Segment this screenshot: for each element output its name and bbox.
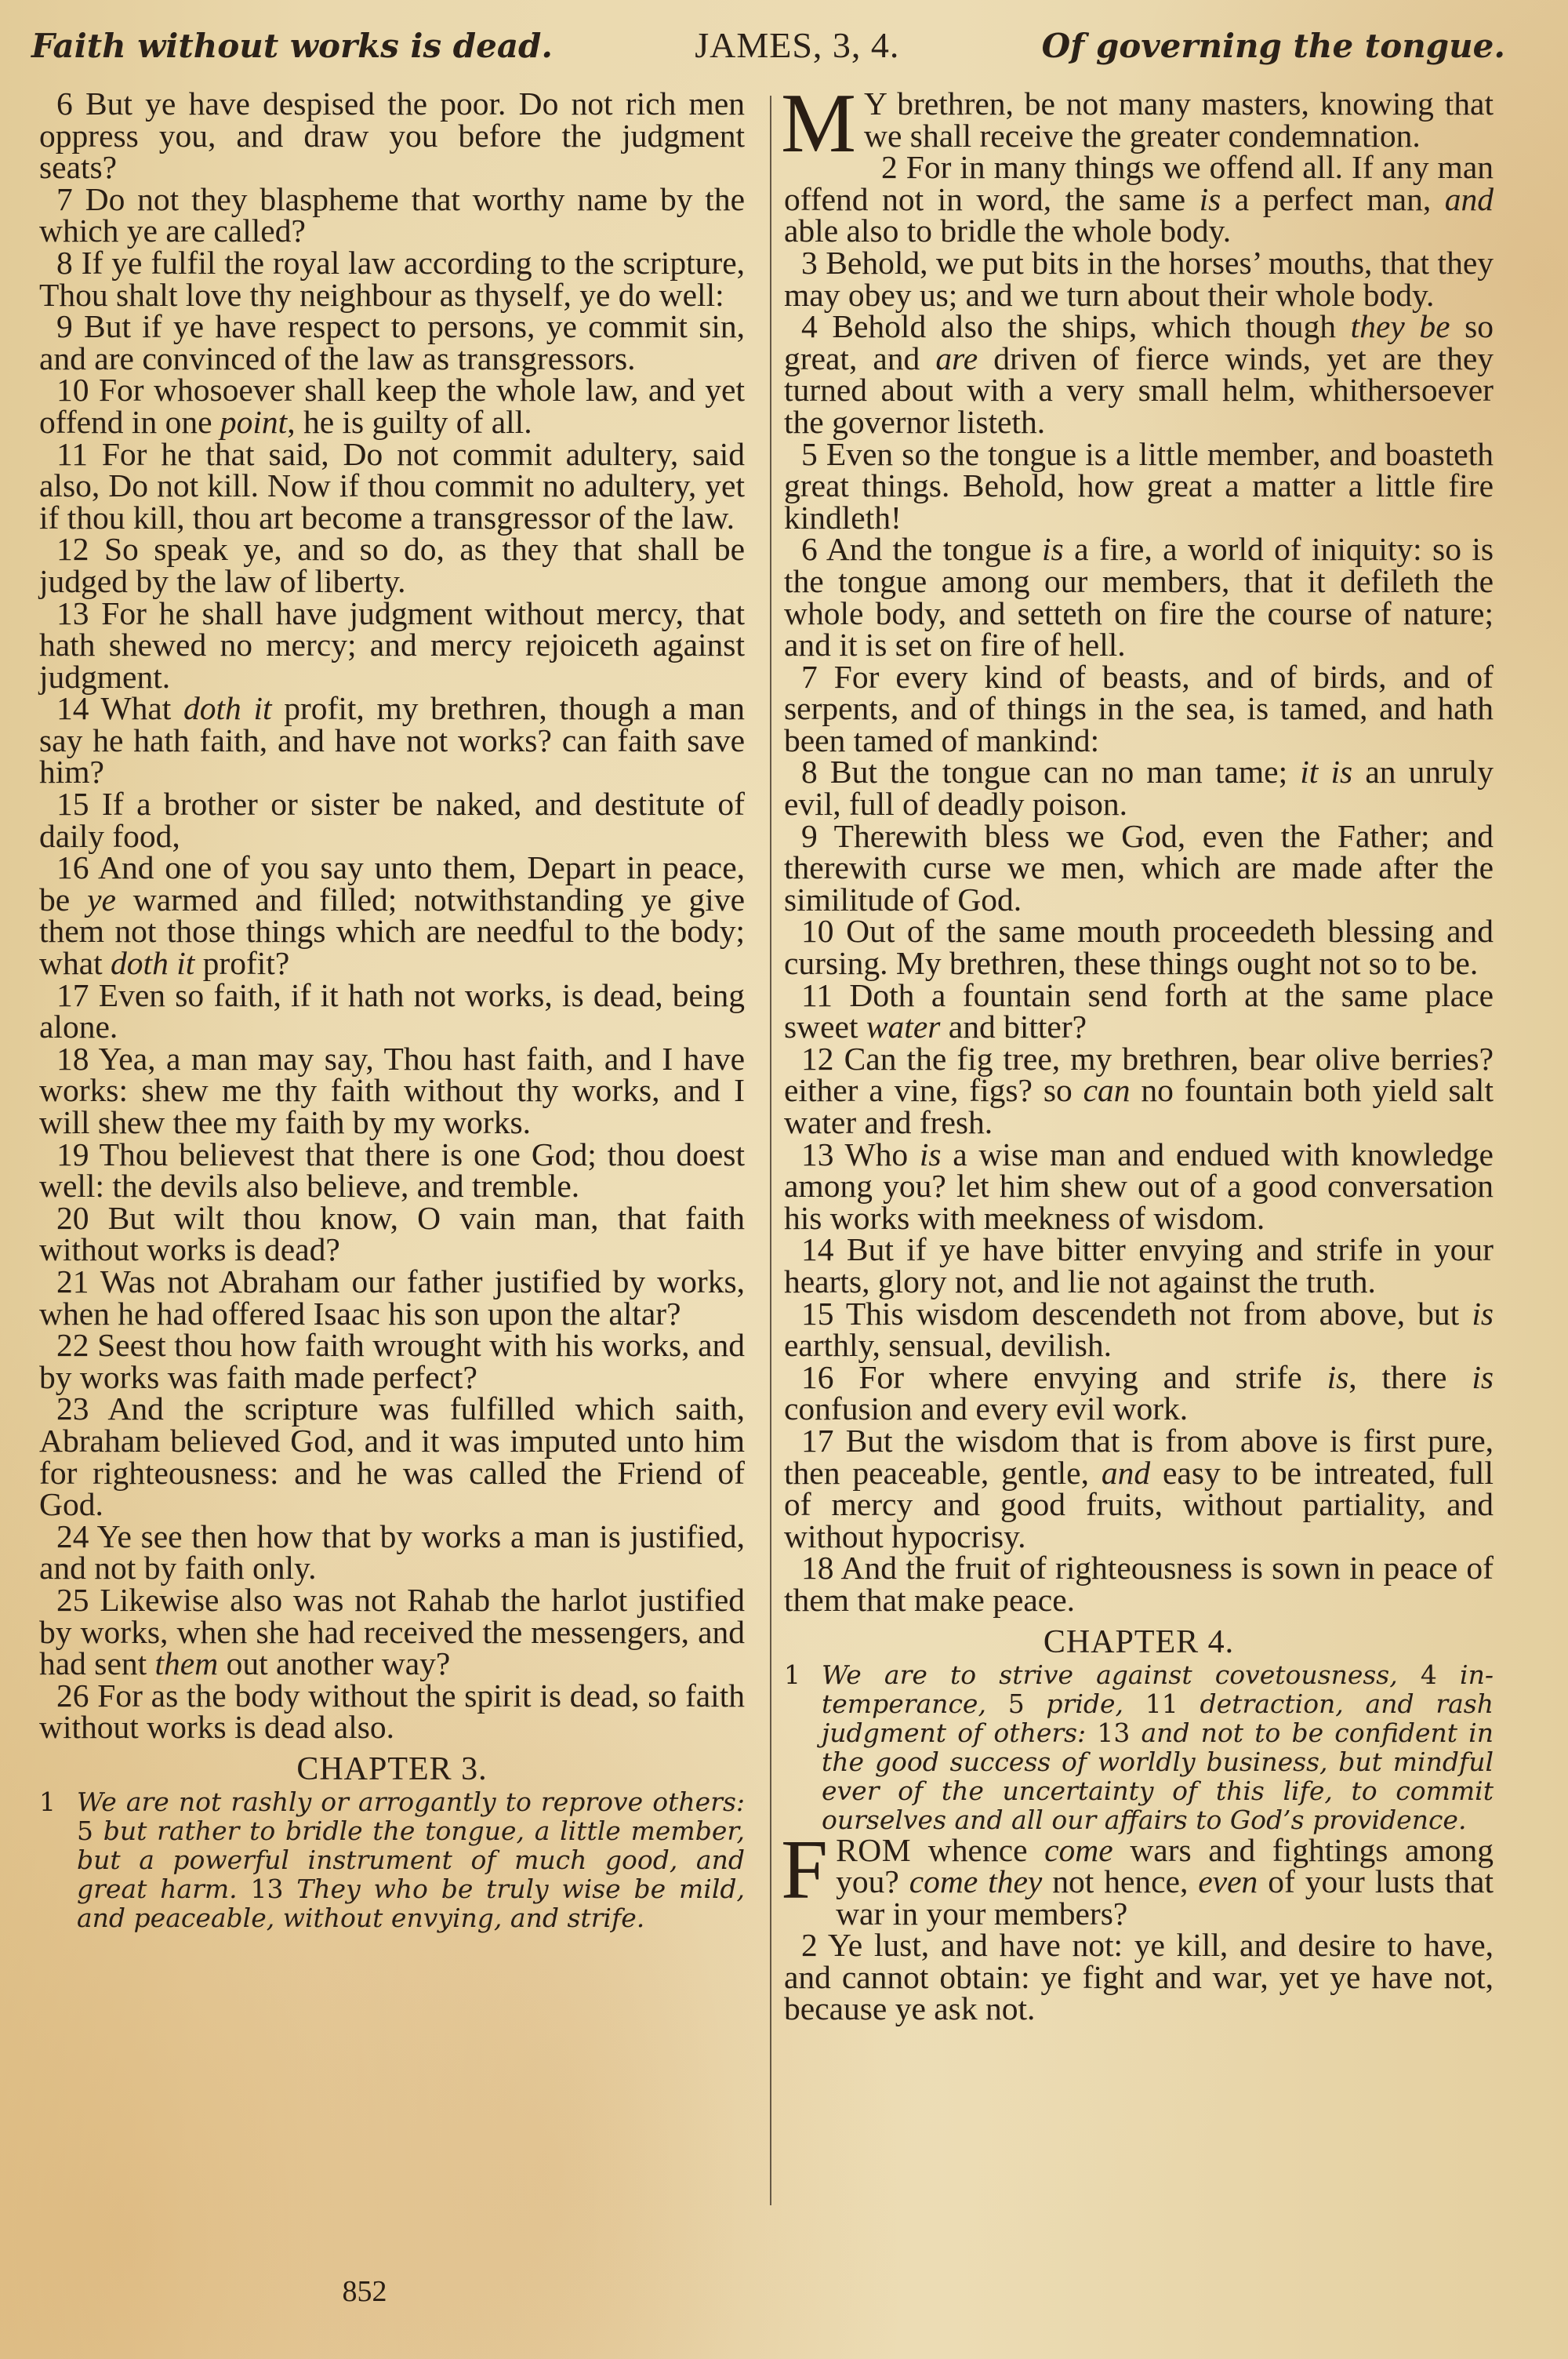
verse-text: Thou believest that there is one God; th… xyxy=(39,1136,745,1205)
italic-supplied-word: it is xyxy=(1300,754,1352,790)
verse-number: 20 xyxy=(56,1200,108,1236)
verse: 22 Seest thou how faith wrought with his… xyxy=(39,1329,745,1393)
verse-text: able also to bridle the whole body. xyxy=(784,213,1231,249)
verse: 10 Out of the same mouth proceedeth bles… xyxy=(784,915,1494,979)
verse-text: Ye lust, and have not: ye kill, and desi… xyxy=(784,1927,1494,2026)
verse-reference: 13 xyxy=(250,1874,283,1904)
verse-number: 24 xyxy=(56,1518,97,1554)
verse: 9 Therewith bless we God, even the Fa­th… xyxy=(784,820,1494,916)
verse-text: whence xyxy=(911,1832,1044,1868)
italic-supplied-word: is xyxy=(1472,1359,1494,1395)
verse-number: 10 xyxy=(801,913,846,949)
verse-text: not hence, xyxy=(1042,1863,1198,1899)
verse-number: 9 xyxy=(801,818,834,854)
verse-number: 10 xyxy=(56,372,99,408)
italic-supplied-word: come xyxy=(1044,1832,1113,1868)
verse-text: If a brother or sister be naked, and des… xyxy=(39,786,745,854)
verse-text: out an­other way? xyxy=(218,1645,450,1681)
verse-number: 7 xyxy=(56,181,85,217)
verse-text: Therewith bless we God, even the Fa­ther… xyxy=(784,818,1494,918)
drop-cap-f: F xyxy=(781,1837,828,1903)
verse-text: But ye have despised the poor. Do not ri… xyxy=(39,85,745,185)
verse-reference: 5 xyxy=(77,1816,93,1846)
page-number: 852 xyxy=(0,2274,729,2309)
verse: 16 For where envying and strife is, ther… xyxy=(784,1361,1494,1425)
verse: 14 What doth it profit, my brethren, tho… xyxy=(39,692,745,788)
verse-text: And the fruit of righteousness is sown i… xyxy=(784,1550,1494,1618)
verse-text: But wilt thou know, O vain man, that fai… xyxy=(39,1200,745,1268)
verse: 6 And the tongue is a fire, a world of i… xyxy=(784,533,1494,660)
verse-text: For as the body without the spirit is de… xyxy=(39,1677,745,1746)
summary-number: 1 xyxy=(784,1660,822,1689)
verse-text: This wisdom descendeth not from above, b… xyxy=(846,1296,1472,1332)
italic-supplied-word: can xyxy=(1083,1072,1131,1108)
verse-number: 19 xyxy=(56,1136,100,1172)
verse-text: and bitter? xyxy=(940,1009,1087,1045)
verse: 24 Ye see then how that by works a man i… xyxy=(39,1521,745,1584)
verse-number: 2 xyxy=(881,149,906,185)
verse-number: 22 xyxy=(56,1327,97,1363)
verse-number: 13 xyxy=(801,1136,844,1172)
running-header: Faith without works is dead. JAMES, 3, 4… xyxy=(31,24,1505,67)
verse: 8 If ye fulfil the royal law according t… xyxy=(39,247,745,311)
verse-text: Behold, we put bits in the horses’ mouth… xyxy=(784,245,1494,313)
verse: 20 But wilt thou know, O vain man, that … xyxy=(39,1202,745,1266)
verse: 15 This wisdom descendeth not from above… xyxy=(784,1298,1494,1361)
italic-supplied-word: and xyxy=(1102,1455,1150,1491)
italic-supplied-word: is xyxy=(1472,1296,1494,1332)
verse: 6 But ye have despised the poor. Do not … xyxy=(39,88,745,184)
bible-page: Faith without works is dead. JAMES, 3, 4… xyxy=(0,0,1568,2359)
verse-text: For where envying and strife xyxy=(858,1359,1327,1395)
verse: 12 So speak ye, and so do, as they that … xyxy=(39,533,745,597)
verse: 25 Likewise also was not Rahab the harlo… xyxy=(39,1584,745,1680)
verse-number: 4 xyxy=(801,308,832,344)
verse-text: But if ye have bitter envying and strife… xyxy=(784,1231,1494,1299)
verse: 7 Do not they blaspheme that worthy name… xyxy=(39,184,745,247)
verse-number: 16 xyxy=(56,849,98,885)
italic-supplied-word: point xyxy=(220,404,287,440)
italic-supplied-word: even xyxy=(1198,1863,1258,1899)
verse-number: 3 xyxy=(801,245,826,281)
header-right-topic: Of governing the tongue. xyxy=(1042,24,1505,68)
verse-number: 6 xyxy=(801,531,826,567)
verse-number: 18 xyxy=(801,1550,841,1586)
right-column: MY brethren, be not many masters, know­i… xyxy=(784,88,1494,2025)
verse-number: 18 xyxy=(56,1041,98,1077)
verse: 14 But if ye have bitter envying and str… xyxy=(784,1234,1494,1297)
verse: 9 But if ye have respect to persons, ye … xyxy=(39,311,745,374)
chapter-3-verses: 2 For in many things we offend all. If a… xyxy=(784,151,1494,1616)
verse: 3 Behold, we put bits in the horses’ mou… xyxy=(784,247,1494,311)
verse-text: For he that said, Do not commit adul­ter… xyxy=(39,436,745,536)
verse: 2 For in many things we offend all. If a… xyxy=(784,151,1494,247)
verse: 8 But the tongue can no man tame; it is … xyxy=(784,756,1494,820)
italic-supplied-word: come they xyxy=(909,1863,1043,1899)
verse: 17 Even so faith, if it hath not works, … xyxy=(39,980,745,1043)
summary-number: 1 xyxy=(39,1787,77,1816)
verse-text: But the tongue can no man tame; xyxy=(830,754,1300,790)
verse-number: 6 xyxy=(56,85,85,122)
chapter-2-verses: 6 But ye have despised the poor. Do not … xyxy=(39,88,745,1743)
drop-cap-m: M xyxy=(781,91,856,157)
header-left-topic: Faith without works is dead. xyxy=(31,24,553,68)
verse: 13 Who is a wise man and endued with kno… xyxy=(784,1139,1494,1234)
verse-number: 21 xyxy=(56,1263,100,1299)
verse-text: But if ye have respect to persons, ye co… xyxy=(39,308,745,376)
verse-reference: 4 xyxy=(1421,1659,1437,1690)
verse: 4 Behold also the ships, which though th… xyxy=(784,311,1494,438)
verse: 11 For he that said, Do not commit adul­… xyxy=(39,438,745,534)
verse: 17 But the wisdom that is from above is … xyxy=(784,1425,1494,1552)
italic-supplied-word: are xyxy=(935,340,978,376)
verse-reference: 13 xyxy=(1097,1717,1130,1748)
verse: 21 Was not Abraham our father justified … xyxy=(39,1266,745,1329)
column-divider xyxy=(770,96,771,2205)
verse: 23 And the scripture was fulfilled which… xyxy=(39,1393,745,1520)
italic-supplied-word: is xyxy=(920,1136,942,1172)
chapter-4-summary: 1We are to strive against covetousness, … xyxy=(784,1660,1494,1834)
opening-smallcaps: ROM xyxy=(836,1832,911,1868)
verse: 10 For whosoever shall keep the whole la… xyxy=(39,374,745,438)
verse-text: And the scripture was fulfilled which sa… xyxy=(39,1390,745,1522)
verse-text: Seest thou how faith wrought with his wo… xyxy=(39,1327,745,1395)
verse-number: 25 xyxy=(56,1582,100,1618)
verse-number: 17 xyxy=(56,977,99,1013)
italic-supplied-word: ye xyxy=(87,881,116,918)
verse-text: Ye see then how that by works a man is j… xyxy=(39,1518,745,1587)
verse-number: 13 xyxy=(56,595,101,631)
chapter-heading-3: CHAPTER 3. xyxy=(39,1753,745,1786)
verse-text: confusion and every evil work. xyxy=(784,1390,1188,1427)
verse-number: 14 xyxy=(801,1231,847,1267)
verse-number: 11 xyxy=(801,977,849,1013)
verse-text: We are to strive against covetousness, xyxy=(822,1659,1421,1690)
verse: 13 For he shall have judgment without me… xyxy=(39,598,745,693)
verse-text: a per­fect man, xyxy=(1221,181,1444,217)
verse-text: Was not Abraham our father justified by … xyxy=(39,1263,745,1332)
verse: 12 Can the fig tree, my brethren, bear o… xyxy=(784,1043,1494,1139)
verse-text: pride, xyxy=(1025,1688,1145,1719)
verse-number: 8 xyxy=(801,754,830,790)
verse-number: 12 xyxy=(56,531,104,567)
verse-number: 26 xyxy=(56,1677,97,1714)
verse-text: , he is guilty of all. xyxy=(287,404,532,440)
verse: 16 And one of you say unto them, Depart … xyxy=(39,852,745,979)
verse-text: Even so faith, if it hath not works, is … xyxy=(39,977,745,1045)
verse-text: What xyxy=(100,690,183,726)
verse: 5 Even so the tongue is a little member,… xyxy=(784,438,1494,534)
verse: 26 For as the body without the spirit is… xyxy=(39,1680,745,1743)
verse-text: Even so the tongue is a little member, a… xyxy=(784,436,1494,536)
chapter-4-opening-verse: FROM whence come wars and fightings amon… xyxy=(784,1834,1494,1930)
header-book-chapters: JAMES, 3, 4. xyxy=(695,24,899,67)
verse-number: 2 xyxy=(801,1927,828,1963)
italic-supplied-word: is xyxy=(1200,181,1221,217)
verse-text: Behold also the ships, which though xyxy=(832,308,1350,344)
chapter-3-summary: 1We are not rashly or arrogantly to repr… xyxy=(39,1787,745,1932)
chapter-3-opening-verse: MY brethren, be not many masters, know­i… xyxy=(784,88,1494,151)
verse-text: earthly, sensual, devilish. xyxy=(784,1327,1112,1363)
italic-supplied-word: doth it xyxy=(183,690,272,726)
verse-number: 9 xyxy=(56,308,84,344)
verse-text: And the tongue xyxy=(826,531,1042,567)
verse-text: Do not they blaspheme that worthy name b… xyxy=(39,181,745,249)
verse: 15 If a brother or sister be naked, and … xyxy=(39,788,745,852)
verse: 18 Yea, a man may say, Thou hast faith, … xyxy=(39,1043,745,1139)
verse-number: 7 xyxy=(801,659,834,695)
verse-text: Yea, a man may say, Thou hast faith, and… xyxy=(39,1041,745,1140)
verse: 11 Doth a fountain send forth at the sam… xyxy=(784,980,1494,1043)
verse-number: 12 xyxy=(801,1041,844,1077)
opening-verse-text: Y brethren, be not many masters, know­in… xyxy=(864,85,1494,154)
verse-number: 14 xyxy=(56,690,100,726)
verse-text: For every kind of beasts, and of birds, … xyxy=(784,659,1494,758)
verse-number: 23 xyxy=(56,1390,107,1427)
verse-text: If ye fulfil the royal law according to … xyxy=(39,245,745,313)
verse-text: So speak ye, and so do, as they that sha… xyxy=(39,531,745,599)
opening-verse-text: whence come wars and fightings among you… xyxy=(836,1832,1494,1932)
chapter-4-verses: 2 Ye lust, and have not: ye kill, and de… xyxy=(784,1929,1494,2025)
verse-text: , there xyxy=(1348,1359,1472,1395)
verse-text: We are not rashly or arrogantly to repro… xyxy=(77,1787,745,1817)
left-column: 6 But ye have despised the poor. Do not … xyxy=(39,88,745,1932)
italic-supplied-word: is xyxy=(1327,1359,1349,1395)
verse-reference: 11 xyxy=(1145,1688,1178,1719)
verse: 18 And the fruit of righteousness is sow… xyxy=(784,1552,1494,1616)
italic-supplied-word: water xyxy=(866,1009,941,1045)
verse-number: 11 xyxy=(56,436,102,472)
verse: 19 Thou believest that there is one God;… xyxy=(39,1139,745,1202)
verse-number: 17 xyxy=(801,1423,846,1459)
verse-text: profit? xyxy=(194,945,289,981)
italic-supplied-word: and xyxy=(1445,181,1494,217)
italic-supplied-word: doth it xyxy=(111,945,194,981)
italic-supplied-word: they be xyxy=(1351,308,1450,344)
verse-number: 15 xyxy=(801,1296,846,1332)
verse: 7 For every kind of beasts, and of birds… xyxy=(784,661,1494,757)
verse: 2 Ye lust, and have not: ye kill, and de… xyxy=(784,1929,1494,2025)
verse-text: For he shall have judgment without mercy… xyxy=(39,595,745,695)
verse-number: 15 xyxy=(56,786,102,822)
verse-number: 16 xyxy=(801,1359,858,1395)
verse-text: Out of the same mouth proceedeth blessin… xyxy=(784,913,1494,981)
verse-text: Who xyxy=(844,1136,919,1172)
verse-reference: 5 xyxy=(1008,1688,1025,1719)
chapter-heading-4: CHAPTER 4. xyxy=(784,1626,1494,1659)
italic-supplied-word: them xyxy=(155,1645,219,1681)
italic-supplied-word: is xyxy=(1042,531,1064,567)
verse-number: 8 xyxy=(56,245,82,281)
verse-number: 5 xyxy=(801,436,826,472)
